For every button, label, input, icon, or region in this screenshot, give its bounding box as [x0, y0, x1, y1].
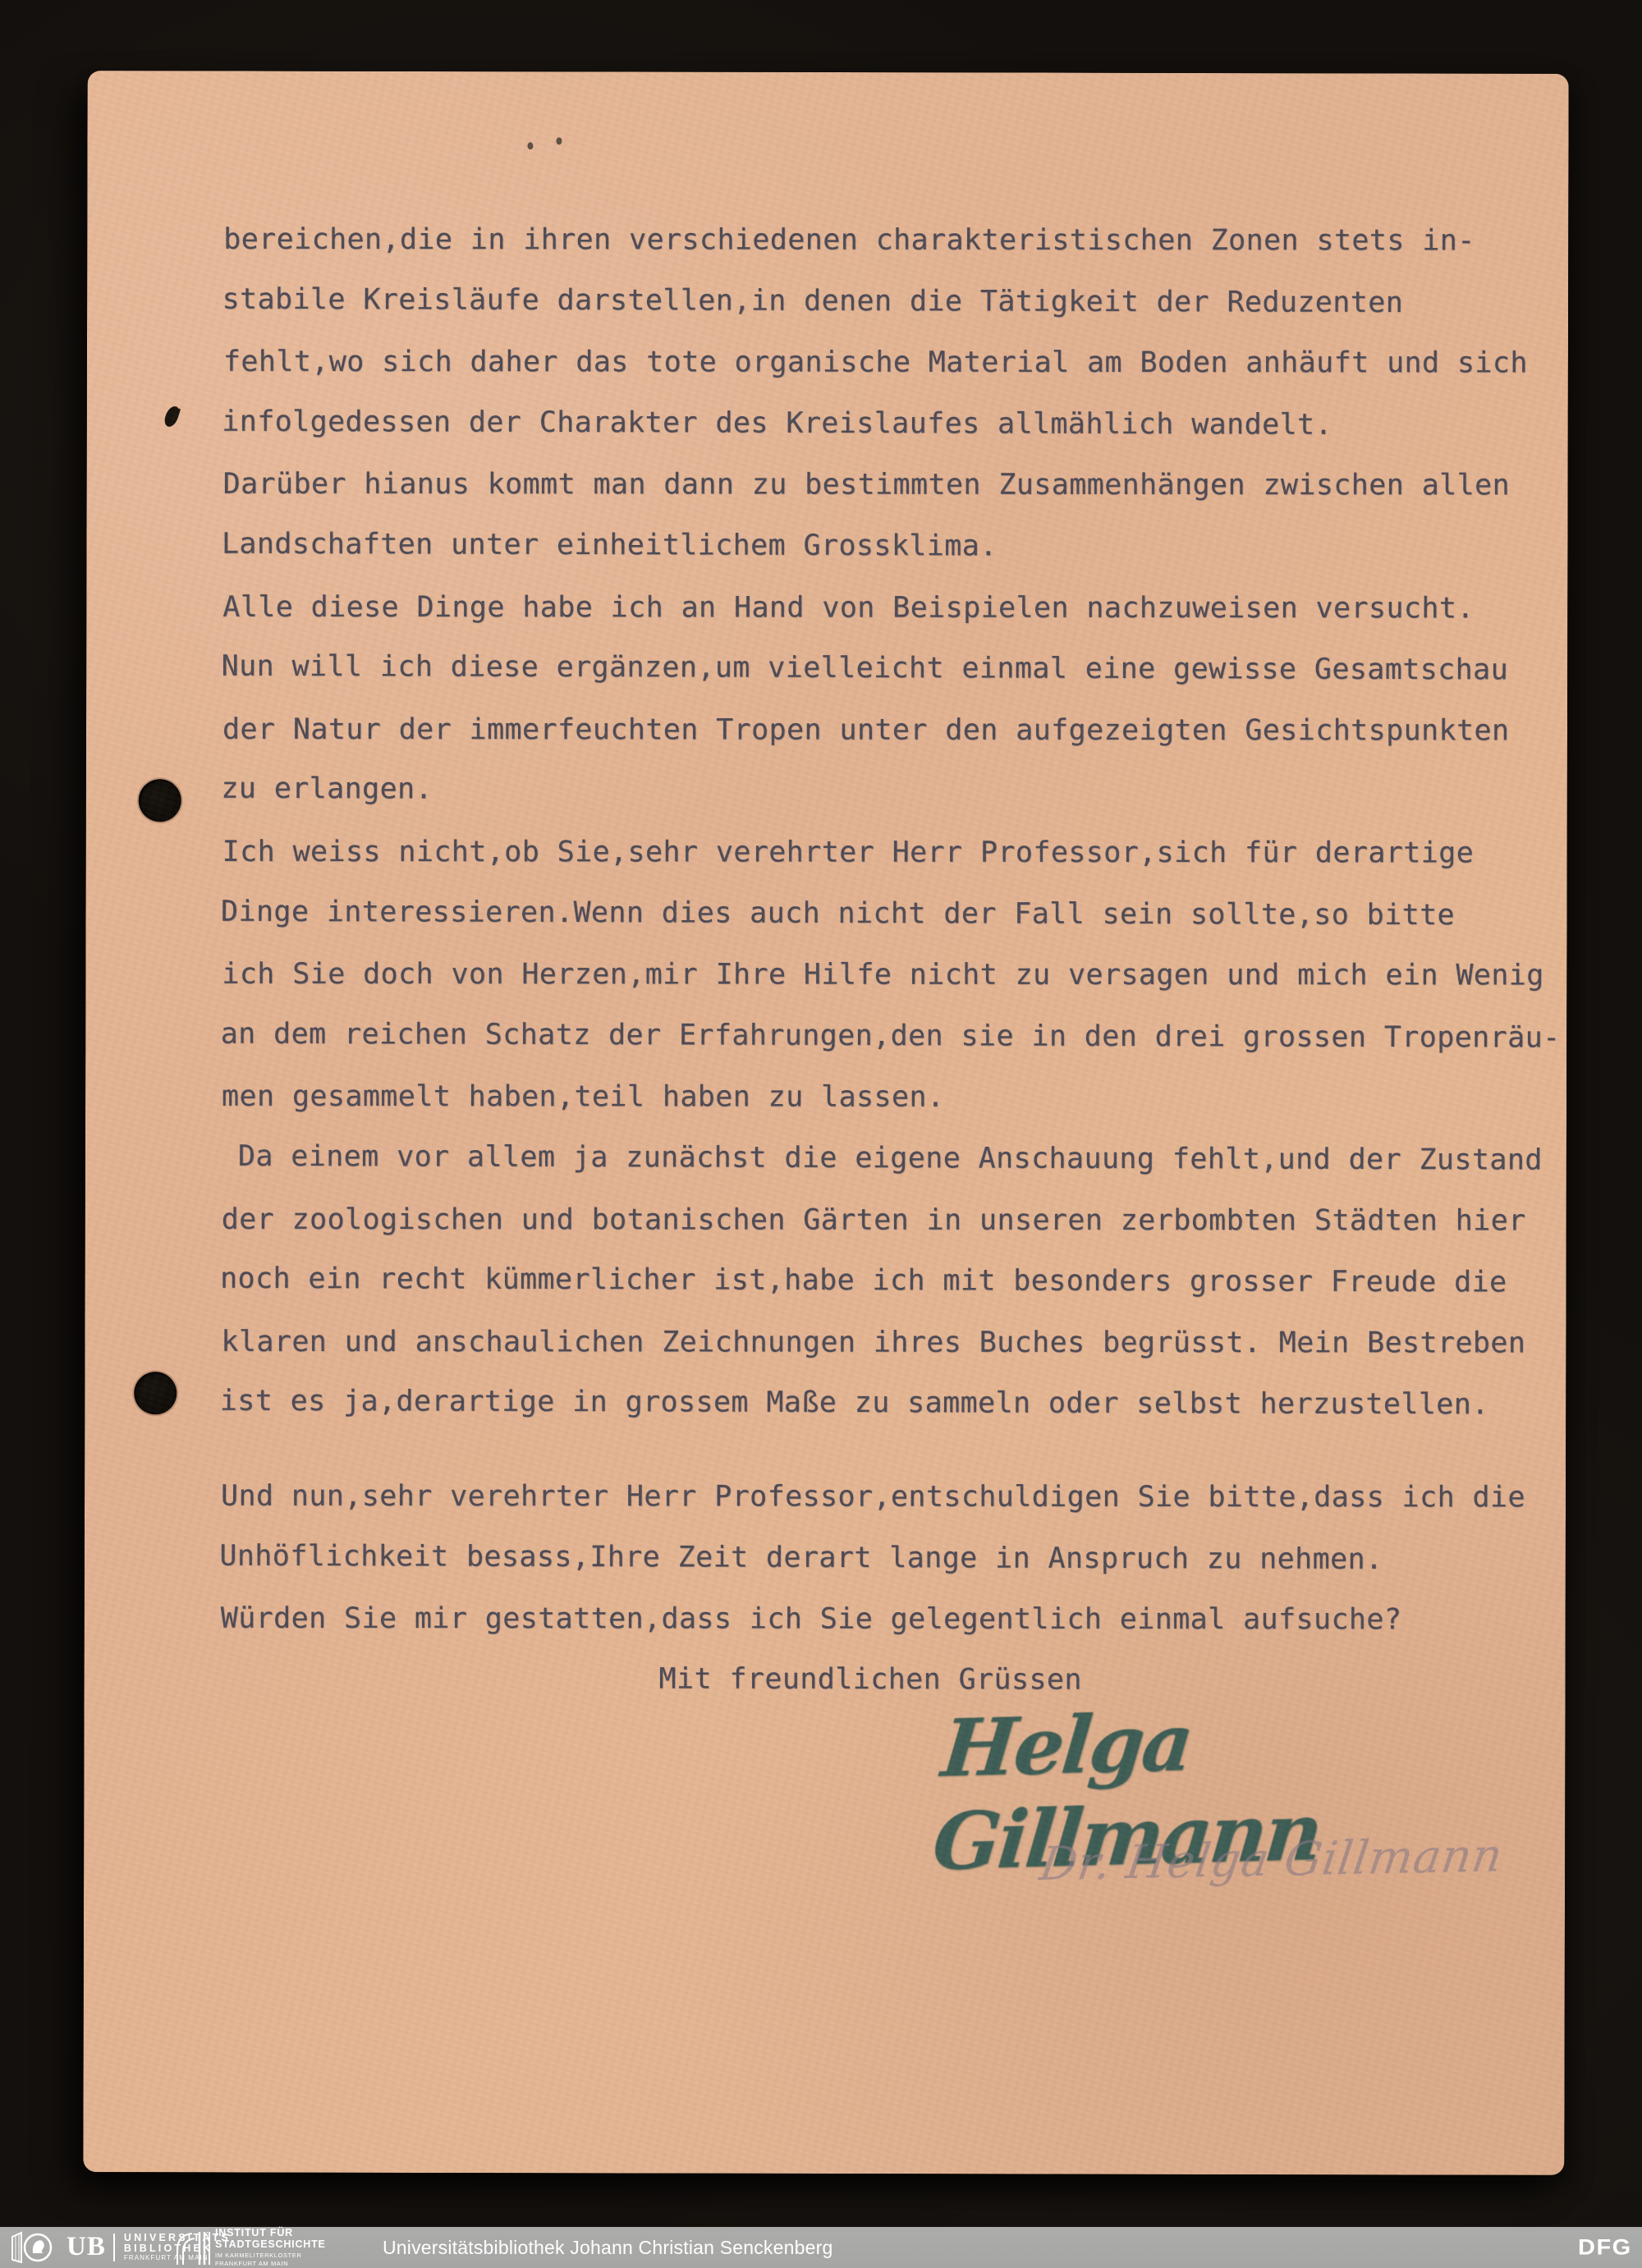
inst-line2: STADTGESCHICHTE [215, 2239, 326, 2251]
library-name: Universitätsbibliothek Johann Christian … [383, 2227, 832, 2268]
letter-line: der Natur der immerfeuchten Tropen unter… [222, 699, 1562, 762]
paper-speck [527, 142, 533, 149]
paper-speck [556, 137, 562, 144]
scan-background: bereichen,die in ihren verschiedenen cha… [0, 0, 1642, 2268]
letter-line: men gesammelt haben,teil haben zu lassen… [222, 1066, 1562, 1129]
letter-line: Ich weiss nicht,ob Sie,sehr verehrter He… [222, 822, 1562, 884]
letter-line: klaren und anschaulichen Zeichnungen ihr… [221, 1311, 1561, 1373]
letter-line: zu erlangen. [221, 758, 1561, 823]
letter-line: Dinge interessieren.Wenn dies auch nicht… [221, 881, 1561, 946]
letter-line: Alle diese Dinge habe ich an Hand von Be… [222, 576, 1562, 639]
gothic-arch-icon [174, 2230, 210, 2265]
inst-line1: INSTITUT FÜR [215, 2228, 326, 2239]
letter-line: Unhöflichkeit besass,Ihre Zeit derart la… [219, 1525, 1524, 1590]
letter-body: bereichen,die in ihren verschiedenen cha… [220, 208, 1562, 1435]
letter-page: bereichen,die in ihren verschiedenen cha… [83, 71, 1568, 2175]
letter-line: Nun will ich diese ergänzen,um vielleich… [222, 636, 1562, 701]
letter-line: der zoologischen und botanischen Gärten … [222, 1189, 1562, 1251]
letter-line: Da einem vor allem ja zunächst die eigen… [220, 1126, 1560, 1191]
letter-line: Und nun,sehr verehrter Herr Professor,en… [221, 1466, 1525, 1528]
letter-line: ich Sie doch von Herzen,mir Ihre Hilfe n… [222, 944, 1562, 1006]
letter-line: infolgedessen der Charakter des Kreislau… [222, 392, 1562, 456]
letter-line: stabile Kreisläufe darstellen,in denen d… [222, 268, 1562, 333]
logo-divider [113, 2234, 115, 2261]
ink-blot [163, 405, 181, 428]
signature-pencil: Dr. Helga Gillmann [1037, 1826, 1635, 1891]
ub-emblem-icon [10, 2230, 61, 2265]
letter-line: noch ein recht kümmerlicher ist,habe ich… [220, 1249, 1560, 1313]
punch-hole [134, 1372, 177, 1414]
letter-line: fehlt,wo sich daher das tote organische … [223, 332, 1563, 394]
inst-line4: FRANKFURT AM MAIN [215, 2260, 326, 2267]
letter-line: Darüber hianus kommt man dann zu bestimm… [223, 454, 1563, 516]
letter-line: ist es ja,derartige in grossem Maße zu s… [220, 1371, 1560, 1436]
library-footer-bar: UB UNIVERSITÄTS BIBLIOTHEK FRANKFURT AM … [0, 2227, 1642, 2268]
inst-line3: IM KARMELITERKLOSTER [215, 2252, 326, 2259]
punch-hole [139, 779, 181, 822]
letter-line: Landschaften unter einheitlichem Grosskl… [222, 514, 1562, 579]
dfg-logo: DFG [1578, 2229, 1632, 2266]
institut-logo: INSTITUT FÜR STADTGESCHICHTE IM KARMELIT… [174, 2227, 326, 2268]
letter-line: an dem reichen Schatz der Erfahrungen,de… [221, 1003, 1561, 1068]
letter-final-paragraph: Und nun,sehr verehrter Herr Professor,en… [220, 1464, 1525, 1651]
letter-line: Würden Sie mir gestatten,dass ich Sie ge… [221, 1588, 1525, 1651]
ub-abbr-label: UB [67, 2234, 106, 2261]
letter-line: bereichen,die in ihren verschiedenen cha… [223, 209, 1563, 272]
